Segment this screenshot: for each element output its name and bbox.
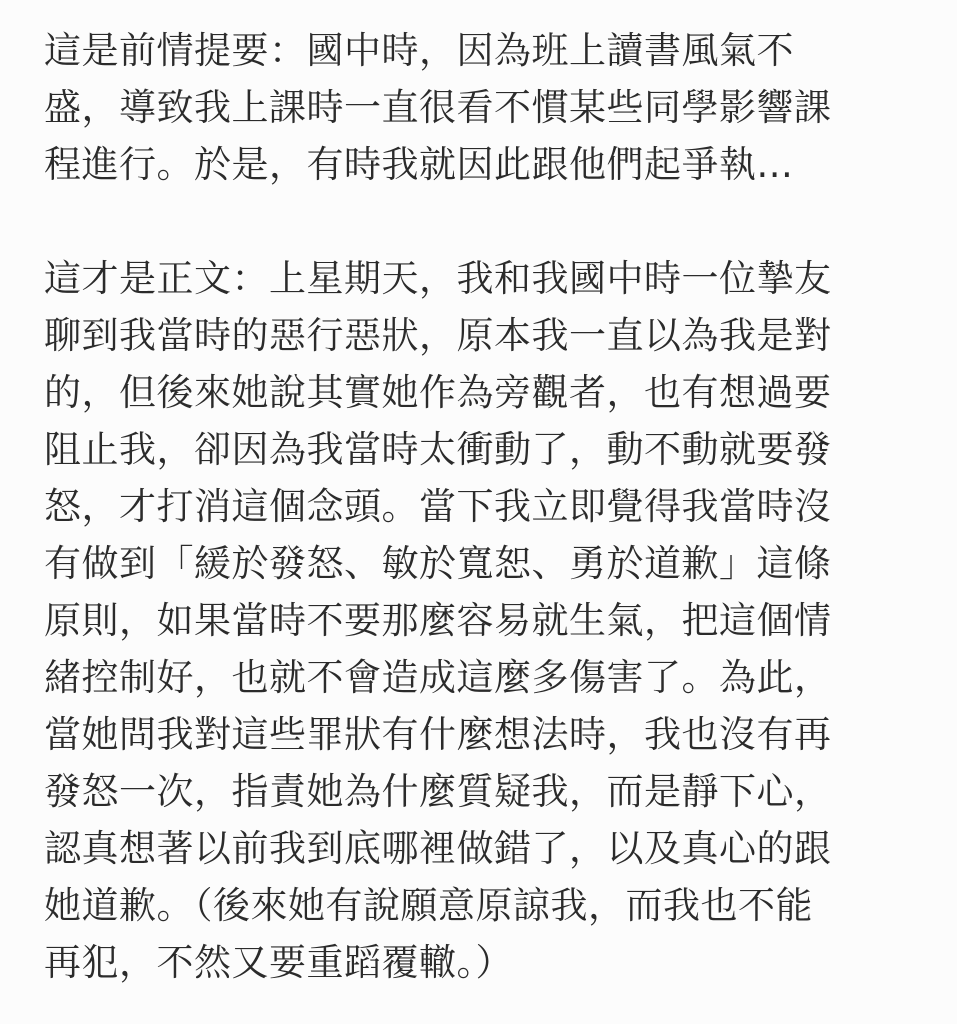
text-line: 程進行。於是，有時我就因此跟他們起爭執... [44, 136, 914, 193]
preface-paragraph: 這是前情提要：國中時，因為班上讀書風氣不 盛，導致我上課時一直很看不慣某些同學影… [44, 22, 914, 193]
text-line: 盛，導致我上課時一直很看不慣某些同學影響課 [44, 79, 914, 136]
text-line: 怒，才打消這個念頭。當下我立即覺得我當時沒 [44, 478, 914, 535]
text-line: 阻止我，卻因為我當時太衝動了，動不動就要發 [44, 421, 914, 478]
text-line: 這才是正文：上星期天，我和我國中時一位摯友 [44, 250, 914, 307]
text-line: 她道歉。（後來她有說願意原諒我，而我也不能 [44, 877, 914, 934]
text-line: 這是前情提要：國中時，因為班上讀書風氣不 [44, 22, 914, 79]
text-line: 聊到我當時的惡行惡狀，原本我一直以為我是對 [44, 307, 914, 364]
text-line: 緒控制好，也就不會造成這麼多傷害了。為此， [44, 649, 914, 706]
text-line: 再犯，不然又要重蹈覆轍。） [44, 934, 914, 991]
paragraph-spacer [44, 193, 914, 250]
document-body: 這是前情提要：國中時，因為班上讀書風氣不 盛，導致我上課時一直很看不慣某些同學影… [44, 22, 914, 991]
main-paragraph: 這才是正文：上星期天，我和我國中時一位摯友 聊到我當時的惡行惡狀，原本我一直以為… [44, 250, 914, 991]
text-line: 的，但後來她說其實她作為旁觀者，也有想過要 [44, 364, 914, 421]
text-line: 當她問我對這些罪狀有什麼想法時，我也沒有再 [44, 706, 914, 763]
text-line: 有做到「緩於發怒、敏於寬恕、勇於道歉」這條 [44, 535, 914, 592]
text-line: 原則，如果當時不要那麼容易就生氣，把這個情 [44, 592, 914, 649]
text-line: 發怒一次，指責她為什麼質疑我，而是靜下心， [44, 763, 914, 820]
text-line: 認真想著以前我到底哪裡做錯了，以及真心的跟 [44, 820, 914, 877]
